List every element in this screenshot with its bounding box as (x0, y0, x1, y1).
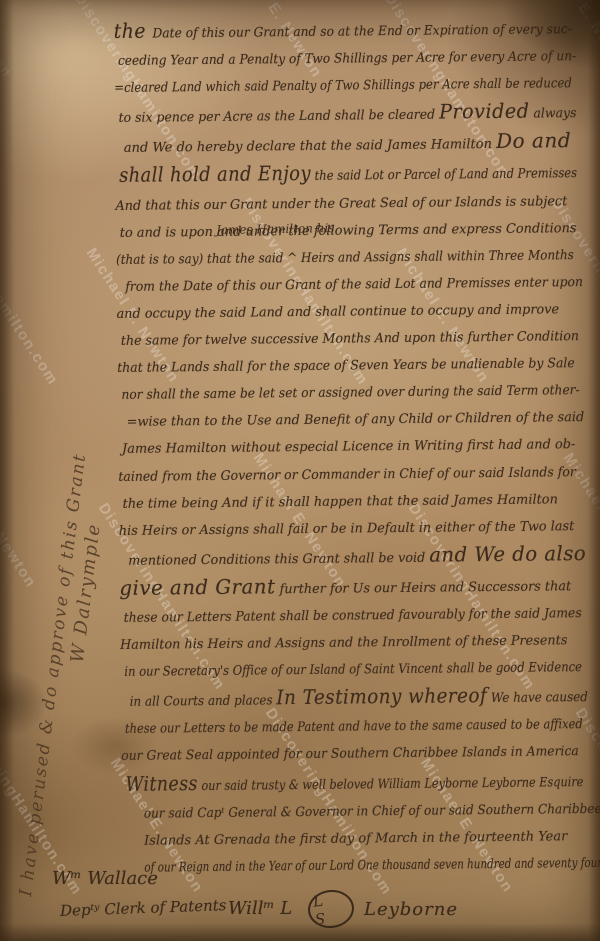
emphasized-phrase: In Testimony whereof (276, 683, 487, 709)
manuscript-line: mentioned Conditions this Grant shall be… (128, 540, 575, 575)
emphasized-phrase: shall hold and Enjoy (119, 161, 311, 187)
line-text: these our Letters Patent shall be constr… (124, 606, 582, 626)
line-text: Date of this our Grant and so at the End… (152, 22, 572, 41)
line-text: =cleared Land which said Penalty of Two … (114, 76, 572, 96)
line-text: and occupy the said Land and shall conti… (117, 302, 560, 322)
line-text: in our Secretary's Office of our Island … (124, 660, 582, 680)
line-text: his Heirs or Assigns shall fail or be in… (119, 519, 574, 539)
interlineation-note: James Hamilton his (216, 221, 335, 237)
line-text: our said trusty & well beloved William L… (198, 775, 584, 794)
emphasized-phrase: the (113, 19, 152, 43)
signature-leyborne-initial: Willᵐ L (228, 898, 292, 919)
line-text: =wise than to the Use and Benefit of any… (127, 410, 585, 430)
emphasized-phrase: Do and (496, 129, 571, 154)
line-text: of our Reign and in the Year of our Lord… (144, 856, 600, 876)
manuscript-line: Witness our said trusty & well beloved W… (125, 766, 524, 800)
manuscript-line: in all Courts and places In Testimony wh… (129, 682, 547, 716)
line-text: further for Us our Heirs and Successors … (275, 579, 571, 597)
line-text: (that is to say) that the said ^ Heirs a… (116, 248, 574, 268)
manuscript-line: and We do hereby declare that the said J… (124, 127, 579, 162)
manuscript-line: the Date of this our Grant and so at the… (113, 13, 551, 48)
signature-leyborne: Leyborne (364, 899, 458, 920)
emphasized-phrase: give and Grant (119, 574, 275, 600)
seal-label: L S (312, 889, 354, 929)
line-text: ceeding Year and a Penalty of Two Shilli… (118, 49, 576, 69)
emphasized-phrase: Provided (439, 99, 530, 124)
line-text: mentioned Conditions this Grant shall be… (128, 550, 429, 568)
manuscript-line: in our Secretary's Office of our Island … (124, 655, 533, 686)
line-text: always (529, 106, 576, 121)
line-text: our said Capᵗ General & Governor in Chie… (144, 801, 600, 821)
manuscript-line: of our Reign and in the Year of our Lord… (144, 851, 496, 882)
line-text: nor shall the same be let set or assigne… (121, 383, 579, 403)
emphasized-phrase: Witness (125, 771, 198, 796)
line-text: Hamilton his Heirs and Assigns and the I… (120, 633, 567, 653)
line-text: And that this our Grant under the Great … (115, 194, 567, 214)
manuscript-line: to six pence per Acre as the Land shall … (118, 98, 560, 133)
line-text: our Great Seal appointed for our Souther… (121, 745, 579, 765)
seal-circle: L S (306, 888, 356, 931)
manuscript-line: these our Letters to be made Patent and … (125, 712, 531, 743)
line-text: Islands At Grenada the first day of Marc… (144, 829, 567, 848)
line-text: the time being And if it shall happen th… (122, 492, 557, 512)
line-text: the same for twelve successive Months An… (121, 329, 579, 349)
manuscript-line: shall hold and Enjoy the said Lot or Par… (119, 158, 528, 192)
manuscript-line: Islands At Grenada the first day of Marc… (144, 823, 586, 855)
line-text: these our Letters to be made Patent and … (125, 717, 583, 737)
page-edge-bottom (0, 923, 600, 941)
line-text: and We do hereby declare that the said J… (124, 137, 496, 156)
signature-clerk-title: Depᵗʸ Clerk of Patents (60, 896, 227, 920)
manuscript-page: Michael E. NewtonDiscoveringHamilton.com… (0, 0, 600, 941)
manuscript-line: give and Grant further for Us our Heirs … (119, 570, 577, 605)
emphasized-phrase: and We do also (429, 541, 586, 567)
line-text: the said Lot or Parcel of Land and Premi… (311, 167, 577, 185)
line-text: that the Lands shall for the space of Se… (117, 356, 575, 376)
line-text: James Hamilton without especial Licence … (122, 438, 576, 458)
line-text: to six pence per Acre as the Land shall … (118, 108, 439, 126)
line-text: We have caused (487, 690, 588, 706)
manuscript-line: our said Capᵗ General & Governor in Chie… (144, 796, 555, 827)
line-text: in all Courts and places (130, 694, 277, 711)
line-text: to and is upon and under the following T… (120, 221, 577, 241)
line-text: from the Date of this our Grant of the s… (125, 275, 583, 295)
line-text: tained from the Governor or Commander in… (118, 465, 576, 485)
signature-wallace: Wᵐ Wallace (52, 868, 158, 889)
